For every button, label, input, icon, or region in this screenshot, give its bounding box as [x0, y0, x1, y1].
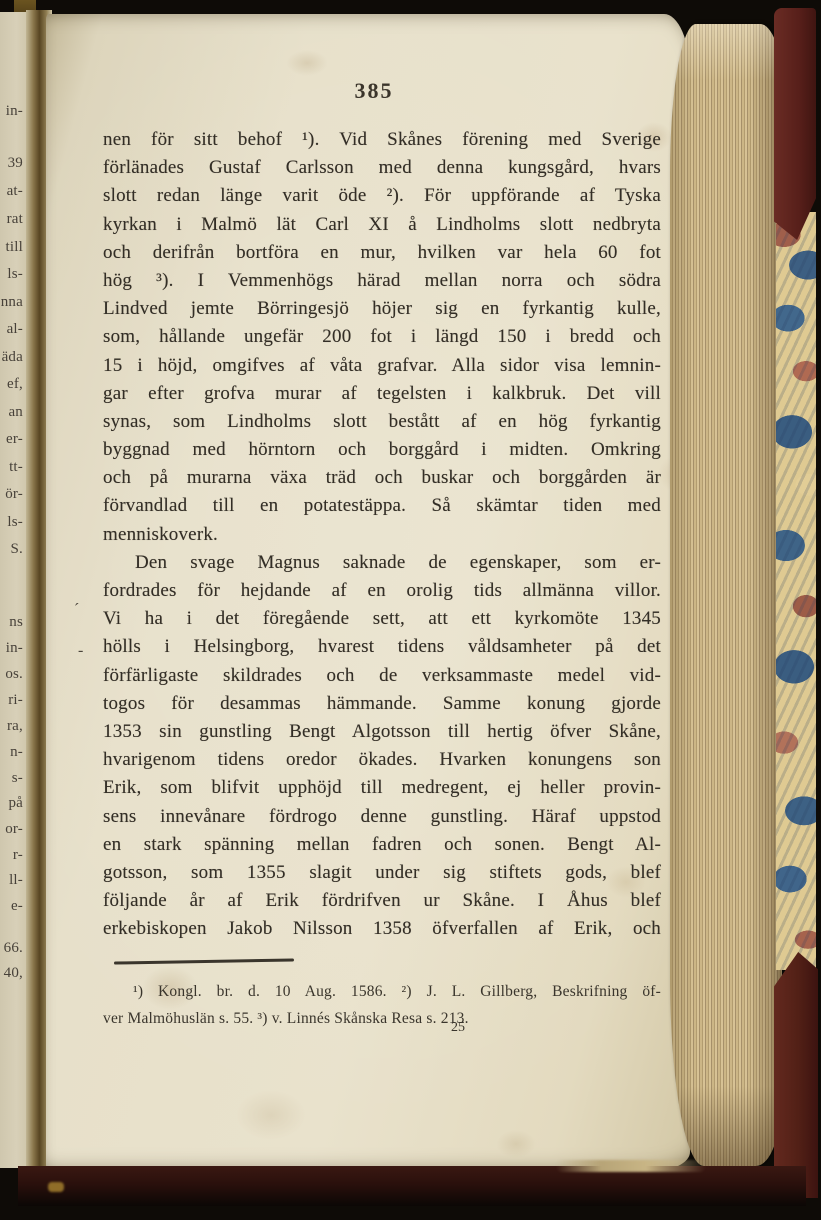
- text-line: 1353 sin gunstling Bengt Algotsson till …: [103, 718, 661, 746]
- body-text: nen för sitt behof ¹). Vid Skånes föreni…: [103, 126, 661, 943]
- text-line: följande år af Erik fördrifven ur Skåne.…: [103, 887, 661, 915]
- margin-mark: ´: [74, 602, 79, 618]
- text-line: sens innevånare fördrogo denne gunstling…: [103, 803, 661, 831]
- paper-stain: [286, 50, 328, 76]
- text-line: Erik, som blifvit upphöjd till medregent…: [103, 774, 661, 802]
- footnote-line: ver Malmöhuslän s. 55. ³) v. Linnés Skån…: [103, 1005, 661, 1032]
- page-bottom-edge: [556, 1160, 706, 1172]
- footnote-rule: [114, 958, 294, 964]
- text-line: som, hållande ungefär 200 fot i längd 15…: [103, 323, 661, 351]
- footnote-line: ¹) Kongl. br. d. 10 Aug. 1586. ²) J. L. …: [103, 978, 661, 1005]
- text-line: Lindved jemte Börringesjö höjer sig en f…: [103, 295, 661, 323]
- text-line: hög ³). I Vemmenhögs härad mellan norra …: [103, 267, 661, 295]
- scan-page: 385 nen för sitt behof ¹). Vid Skånes fö…: [46, 14, 690, 1172]
- margin-mark: -: [78, 643, 83, 659]
- text-line: nen för sitt behof ¹). Vid Skånes föreni…: [103, 126, 661, 154]
- text-line: menniskoverk.: [103, 521, 661, 549]
- text-line: förvandlad till en potatestäppa. Så skäm…: [103, 492, 661, 520]
- text-line: fordrades för hejdande af en orolig tids…: [103, 577, 661, 605]
- text-line: hvarigenom tidens oredor ökades. Hvarken…: [103, 746, 661, 774]
- margin-marks: ´-: [0, 0, 120, 1220]
- text-line: 15 i höjd, omgifves af våta grafvar. All…: [103, 352, 661, 380]
- scanned-book-photo: 385 nen för sitt behof ¹). Vid Skånes fö…: [0, 0, 821, 1220]
- book-fore-edge: [670, 24, 782, 1166]
- text-line: förfärligaste skildrades och de verksamm…: [103, 662, 661, 690]
- text-line: gotsson, som 1355 slagit under sig stift…: [103, 859, 661, 887]
- text-line: synas, som Lindholms slott bestått af en…: [103, 408, 661, 436]
- text-line: slott redan länge varit öde ²). För uppf…: [103, 182, 661, 210]
- text-line: Den svage Magnus saknade de egenskaper, …: [103, 549, 661, 577]
- text-line: en stark spänning mellan fadren och sone…: [103, 831, 661, 859]
- paper-stain: [496, 1130, 536, 1158]
- text-line: och derifrån bortföra en mur, hvilken va…: [103, 239, 661, 267]
- text-line: gar efter grofva murar af tegelsten i ka…: [103, 380, 661, 408]
- text-line: togos för desammas hämmande. Samme konun…: [103, 690, 661, 718]
- page-number: 385: [314, 78, 434, 104]
- text-line: hölls i Helsingborg, hvarest tidens våld…: [103, 633, 661, 661]
- text-line: och på murarna växa träd och buskar och …: [103, 464, 661, 492]
- book-bottom-shadow: [18, 1166, 806, 1206]
- text-line: byggnad med hörntorn och borggård i midt…: [103, 436, 661, 464]
- text-line: erkebiskopen Jakob Nilsson 1358 öfverfal…: [103, 915, 661, 943]
- text-line: kyrkan i Malmö lät Carl XI å Lindholms s…: [103, 211, 661, 239]
- text-line: förlänades Gustaf Carlsson med denna kun…: [103, 154, 661, 182]
- book-cover-top: [774, 8, 816, 240]
- text-line: Vi ha i det föregående sett, att ett kyr…: [103, 605, 661, 633]
- marbled-paper-edge: [776, 212, 816, 970]
- paper-stain: [236, 1090, 306, 1140]
- signature-number: 25: [438, 1020, 478, 1036]
- book-cover-bottom: [774, 952, 818, 1198]
- footnotes: ¹) Kongl. br. d. 10 Aug. 1586. ²) J. L. …: [103, 978, 661, 1032]
